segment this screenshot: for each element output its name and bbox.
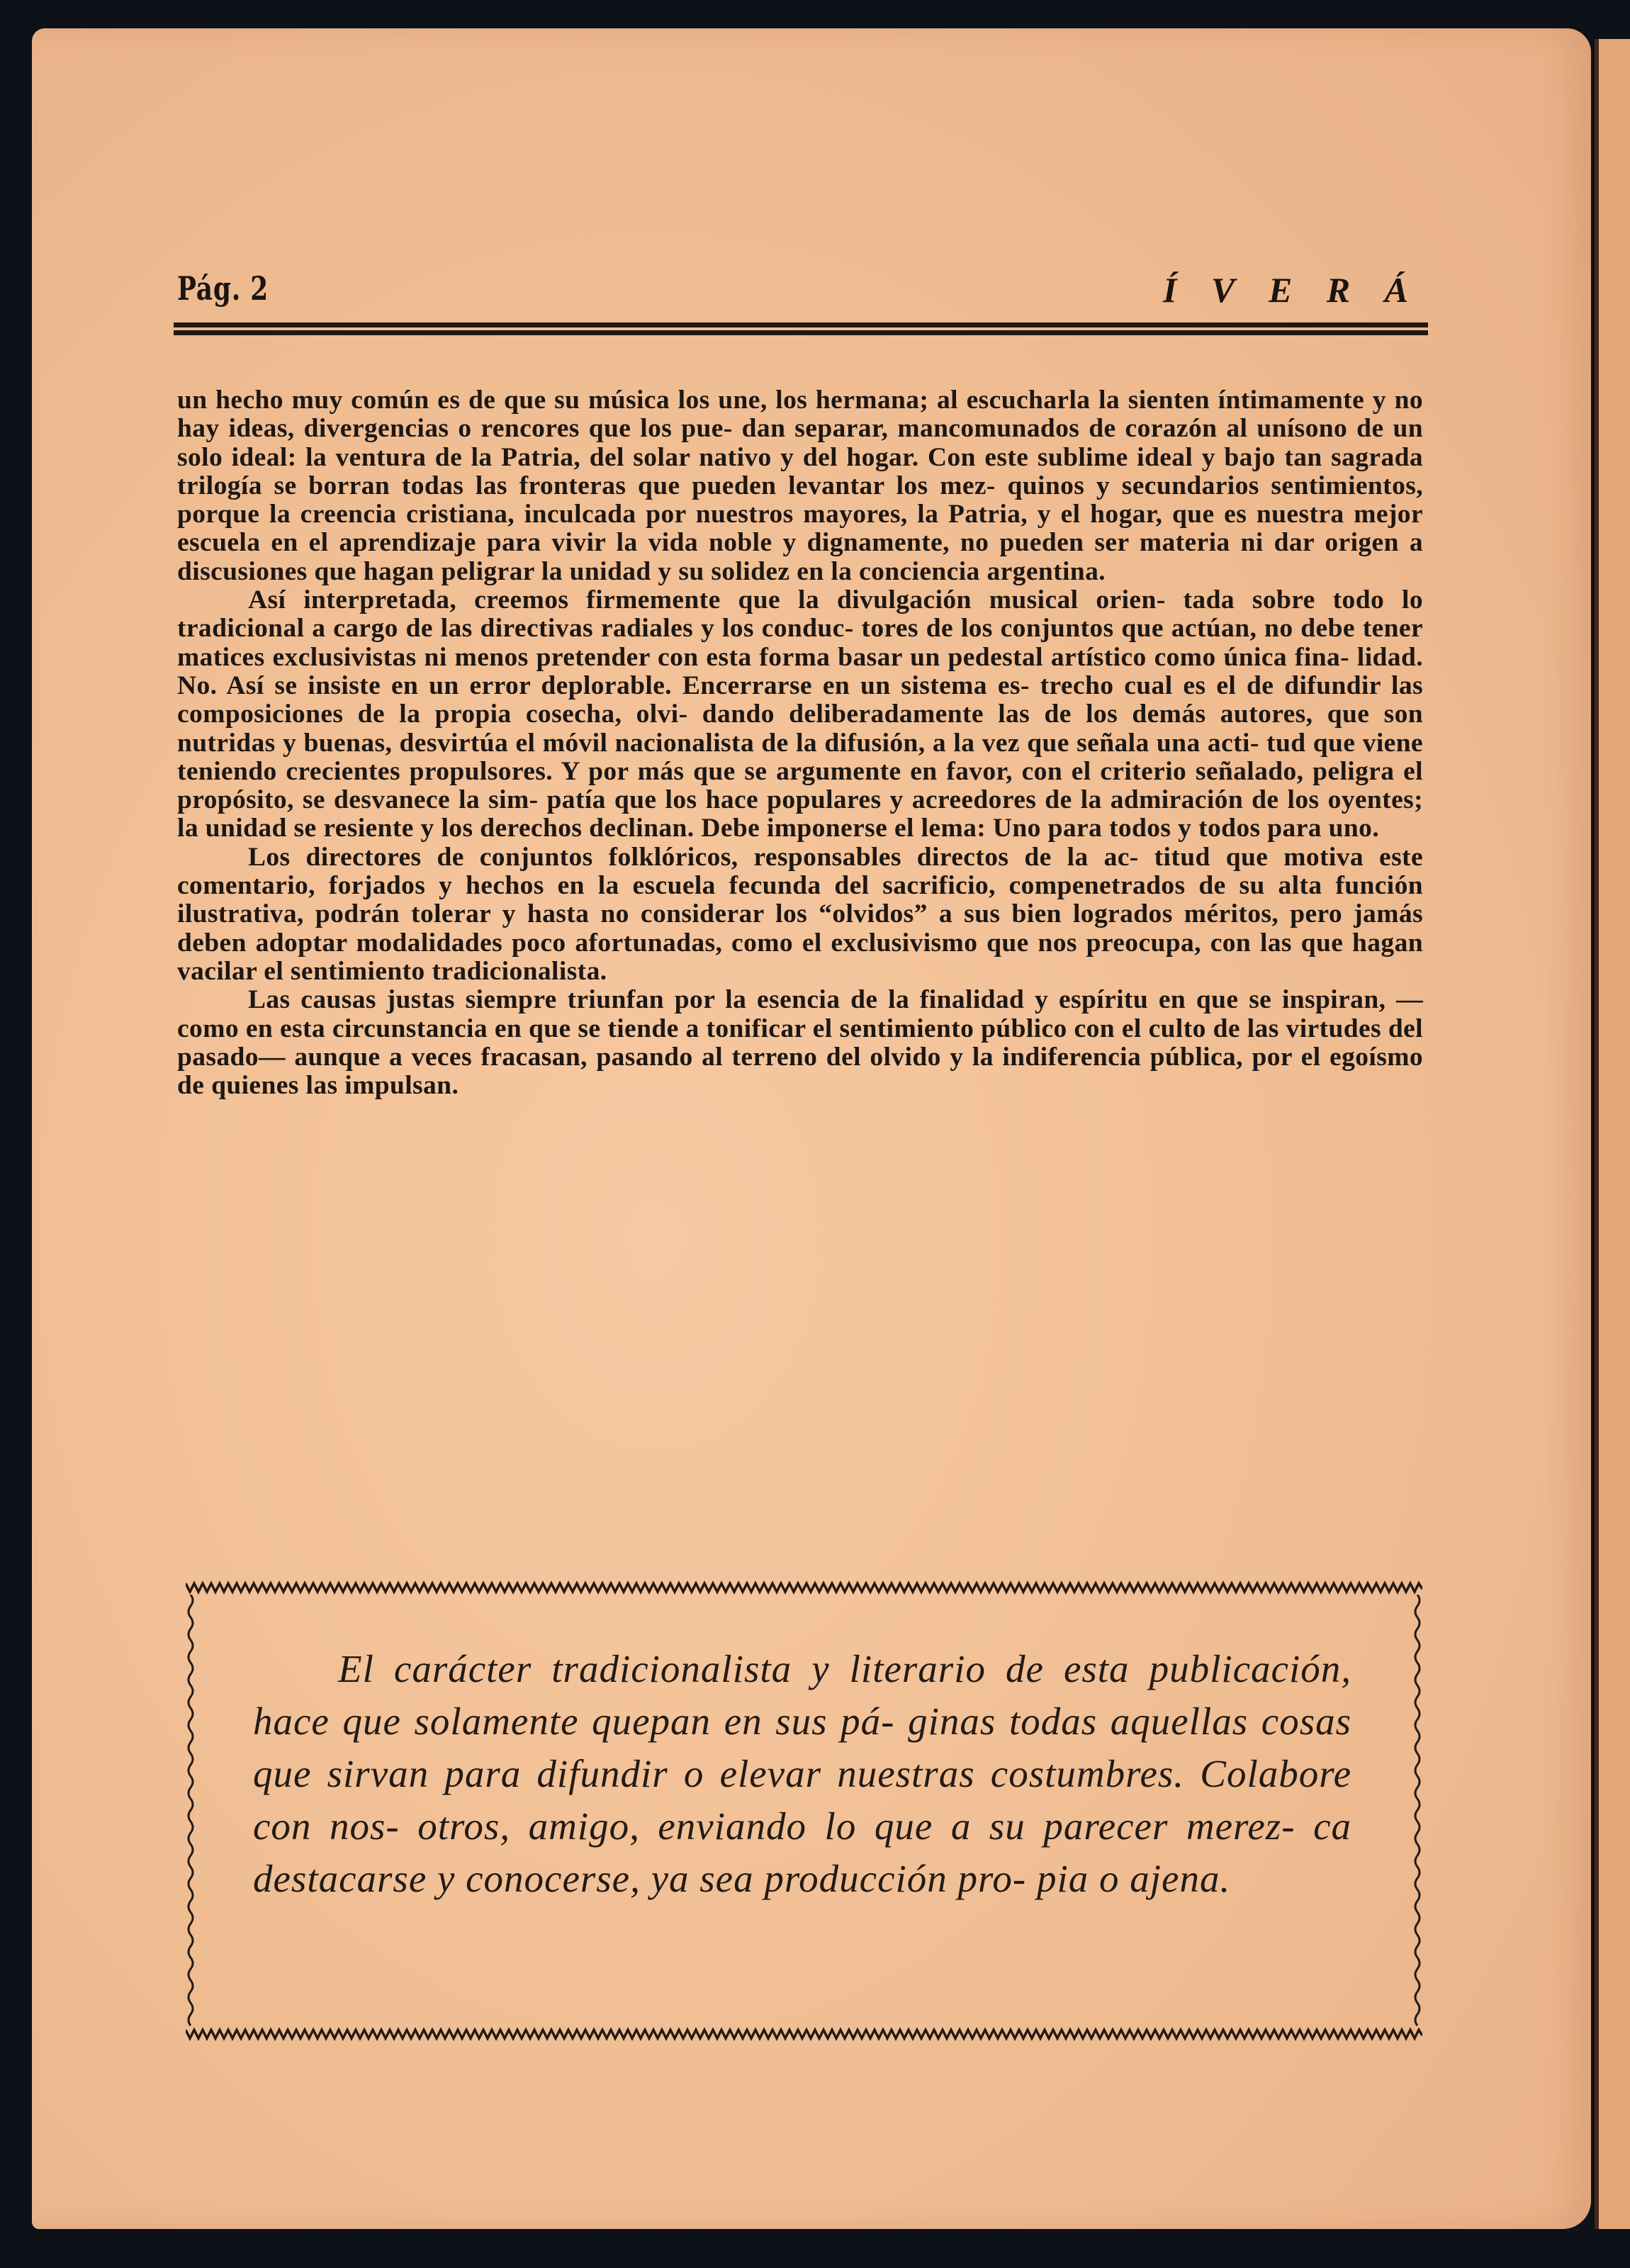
- zigzag-border-bottom: [186, 2026, 1422, 2041]
- article-body: un hecho muy común es de que su música l…: [177, 386, 1423, 1100]
- article-paragraph: Las causas justas siempre triunfan por l…: [177, 986, 1423, 1100]
- boxed-notice: El carácter tradicionalista y literario …: [186, 1581, 1422, 2041]
- notice-text: El carácter tradicionalista y literario …: [253, 1643, 1351, 1905]
- page-number: Pág. 2: [177, 269, 269, 308]
- zigzag-border-top: [186, 1581, 1422, 1596]
- masthead-title: Í V E R Á: [1163, 269, 1421, 310]
- article-paragraph: Los directores de conjuntos folklóricos,…: [177, 843, 1423, 986]
- article-paragraph: Así interpretada, creemos firmemente que…: [177, 586, 1423, 843]
- notice-body: El carácter tradicionalista y literario …: [253, 1647, 1351, 1900]
- facing-page-edge: [1595, 39, 1630, 2229]
- page-header: Pág. 2 Í V E R Á: [177, 269, 1421, 312]
- wavy-border-right: [1412, 1595, 1422, 2027]
- wavy-border-left: [186, 1595, 196, 2027]
- article-paragraph: un hecho muy común es de que su música l…: [177, 386, 1423, 586]
- double-rule-divider: [174, 322, 1428, 335]
